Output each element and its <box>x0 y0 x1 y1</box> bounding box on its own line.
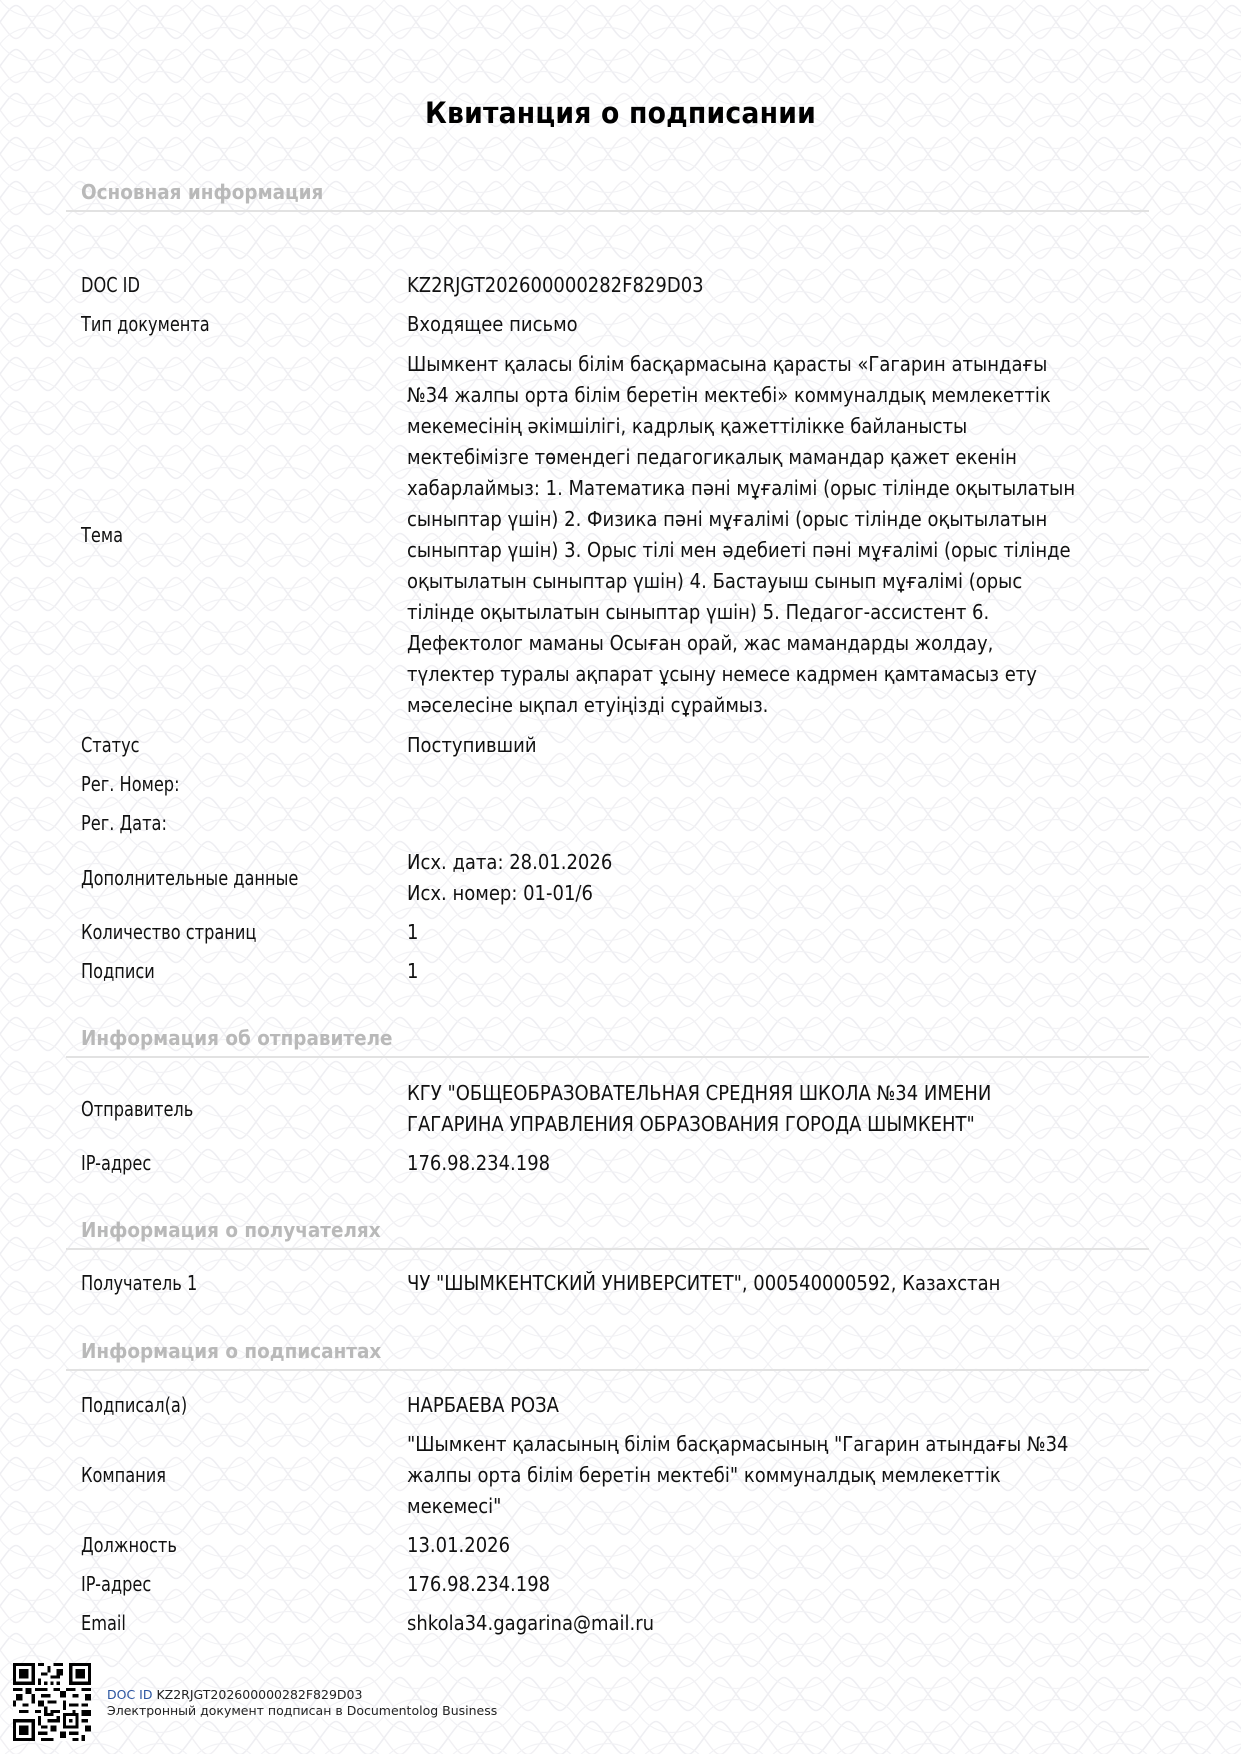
subject-line: Шымкент қаласы білім басқармасына қараст… <box>407 349 1148 380</box>
signatures-value: 1 <box>407 956 1148 987</box>
row-signed-by: Подписал(а) НАРБАЕВА РОЗА <box>81 1390 1148 1421</box>
subject-line: Дефектолог маманы Осыған орай, жас маман… <box>407 628 1148 659</box>
additional-data-value: Исх. дата: 28.01.2026 Исх. номер: 01-01/… <box>407 847 1148 909</box>
footer-doc-id: KZ2RJGT202600000282F829D03 <box>156 1687 362 1702</box>
row-label: Должность <box>81 1530 407 1561</box>
section-divider <box>66 1369 1149 1371</box>
row-company: Компания "Шымкент қаласының білім басқар… <box>81 1429 1148 1522</box>
row-reg-date: Рег. Дата: <box>81 808 1148 839</box>
signer-ip-value: 176.98.234.198 <box>407 1569 1148 1600</box>
sender-value: КГУ "ОБЩЕОБРАЗОВАТЕЛЬНАЯ СРЕДНЯЯ ШКОЛА №… <box>407 1078 1148 1140</box>
outgoing-date: Исх. дата: 28.01.2026 <box>407 847 1148 878</box>
footer-text: DOC ID KZ2RJGT202600000282F829D03 Электр… <box>107 1687 497 1719</box>
row-label: Получатель 1 <box>81 1268 407 1299</box>
subject-line: мектебімізге төмендегі педагогикалық мам… <box>407 442 1148 473</box>
row-label: Подписи <box>81 956 407 987</box>
sender-line: ГАГАРИНА УПРАВЛЕНИЯ ОБРАЗОВАНИЯ ГОРОДА Ш… <box>407 1109 1148 1140</box>
subject-line: хабарлаймыз: 1. Математика пәні мұғалімі… <box>407 473 1148 504</box>
email-value: shkola34.gagarina@mail.ru <box>407 1608 1148 1639</box>
row-label: Дополнительные данные <box>81 863 407 894</box>
row-label: Тип документа <box>81 309 407 340</box>
section-heading-recipients: Информация о получателях <box>81 1218 1063 1242</box>
subject-line: сыныптар үшін) 3. Орыс тілі мен әдебиеті… <box>407 535 1148 566</box>
sender-ip-value: 176.98.234.198 <box>407 1148 1148 1179</box>
row-label: Статус <box>81 730 407 761</box>
row-document-type: Тип документа Входящее письмо <box>81 309 1148 340</box>
row-label: Рег. Дата: <box>81 808 407 839</box>
subject-line: сыныптар үшін) 2. Физика пәні мұғалімі (… <box>407 504 1148 535</box>
row-signatures: Подписи 1 <box>81 956 1148 987</box>
sender-line: КГУ "ОБЩЕОБРАЗОВАТЕЛЬНАЯ СРЕДНЯЯ ШКОЛА №… <box>407 1078 1148 1109</box>
row-signer-ip: IP-адрес 176.98.234.198 <box>81 1569 1148 1600</box>
company-line: "Шымкент қаласының білім басқармасының "… <box>407 1429 1148 1460</box>
row-page-count: Количество страниц 1 <box>81 917 1148 948</box>
subject-value: Шымкент қаласы білім басқармасына қараст… <box>407 349 1148 721</box>
row-label: Тема <box>81 520 407 551</box>
subject-line: мәселесіне ықпал етуіңізді сұраймыз. <box>407 690 1148 721</box>
row-subject: Тема Шымкент қаласы білім басқармасына қ… <box>81 349 1148 721</box>
page-count-value: 1 <box>407 917 1148 948</box>
company-line: мекемесі" <box>407 1491 1148 1522</box>
status-value: Поступивший <box>407 730 1148 761</box>
row-additional-data: Дополнительные данные Исх. дата: 28.01.2… <box>81 847 1148 909</box>
position-value: 13.01.2026 <box>407 1530 1148 1561</box>
section-heading-signers: Информация о подписантах <box>81 1339 1063 1363</box>
row-label: Количество страниц <box>81 917 407 948</box>
row-email: Email shkola34.gagarina@mail.ru <box>81 1608 1148 1639</box>
row-position: Должность 13.01.2026 <box>81 1530 1148 1561</box>
outgoing-number: Исх. номер: 01-01/6 <box>407 878 1148 909</box>
row-sender-ip: IP-адрес 176.98.234.198 <box>81 1148 1148 1179</box>
company-line: жалпы орта білім беретін мектебі" коммун… <box>407 1460 1148 1491</box>
row-label: Компания <box>81 1460 407 1491</box>
subject-line: №34 жалпы орта білім беретін мектебі» ко… <box>407 380 1148 411</box>
signed-by-value: НАРБАЕВА РОЗА <box>407 1390 1148 1421</box>
section-heading-main: Основная информация <box>81 180 1063 204</box>
row-label: IP-адрес <box>81 1569 407 1600</box>
row-label: DOC ID <box>81 270 407 301</box>
footer-doc-id-line: DOC ID KZ2RJGT202600000282F829D03 <box>107 1687 497 1703</box>
recipient-1-value: ЧУ "ШЫМКЕНТСКИЙ УНИВЕРСИТЕТ", 0005400005… <box>407 1268 1148 1299</box>
row-doc-id: DOC ID KZ2RJGT202600000282F829D03 <box>81 270 1148 301</box>
row-sender: Отправитель КГУ "ОБЩЕОБРАЗОВАТЕЛЬНАЯ СРЕ… <box>81 1078 1148 1140</box>
row-label: Отправитель <box>81 1094 407 1125</box>
row-label: Рег. Номер: <box>81 769 407 800</box>
row-label: IP-адрес <box>81 1148 407 1179</box>
section-divider <box>66 210 1149 212</box>
doc-id-value: KZ2RJGT202600000282F829D03 <box>407 270 1148 301</box>
section-divider <box>66 1056 1149 1058</box>
subject-line: түлектер туралы ақпарат ұсыну немесе кад… <box>407 659 1148 690</box>
row-status: Статус Поступивший <box>81 730 1148 761</box>
page-title: Квитанция о подписании <box>50 96 1192 130</box>
row-recipient-1: Получатель 1 ЧУ "ШЫМКЕНТСКИЙ УНИВЕРСИТЕТ… <box>81 1268 1148 1299</box>
row-label: Подписал(а) <box>81 1390 407 1421</box>
signing-receipt-page: Квитанция о подписании Основная информац… <box>0 0 1241 1754</box>
subject-line: тілінде оқытылатын сыныптар үшін) 5. Пед… <box>407 597 1148 628</box>
section-heading-sender: Информация об отправителе <box>81 1026 1063 1050</box>
row-reg-number: Рег. Номер: <box>81 769 1148 800</box>
document-type-value: Входящее письмо <box>407 309 1148 340</box>
row-label: Email <box>81 1608 407 1639</box>
company-value: "Шымкент қаласының білім басқармасының "… <box>407 1429 1148 1522</box>
footer-doc-id-label: DOC ID <box>107 1687 152 1702</box>
footer-signed-text: Электронный документ подписан в Document… <box>107 1703 497 1719</box>
section-divider <box>66 1248 1149 1250</box>
subject-line: оқытылатын сыныптар үшін) 4. Бастауыш сы… <box>407 566 1148 597</box>
qr-code-icon[interactable] <box>13 1663 91 1741</box>
subject-line: мекемесінің әкімшілігі, кадрлық қажеттіл… <box>407 411 1148 442</box>
